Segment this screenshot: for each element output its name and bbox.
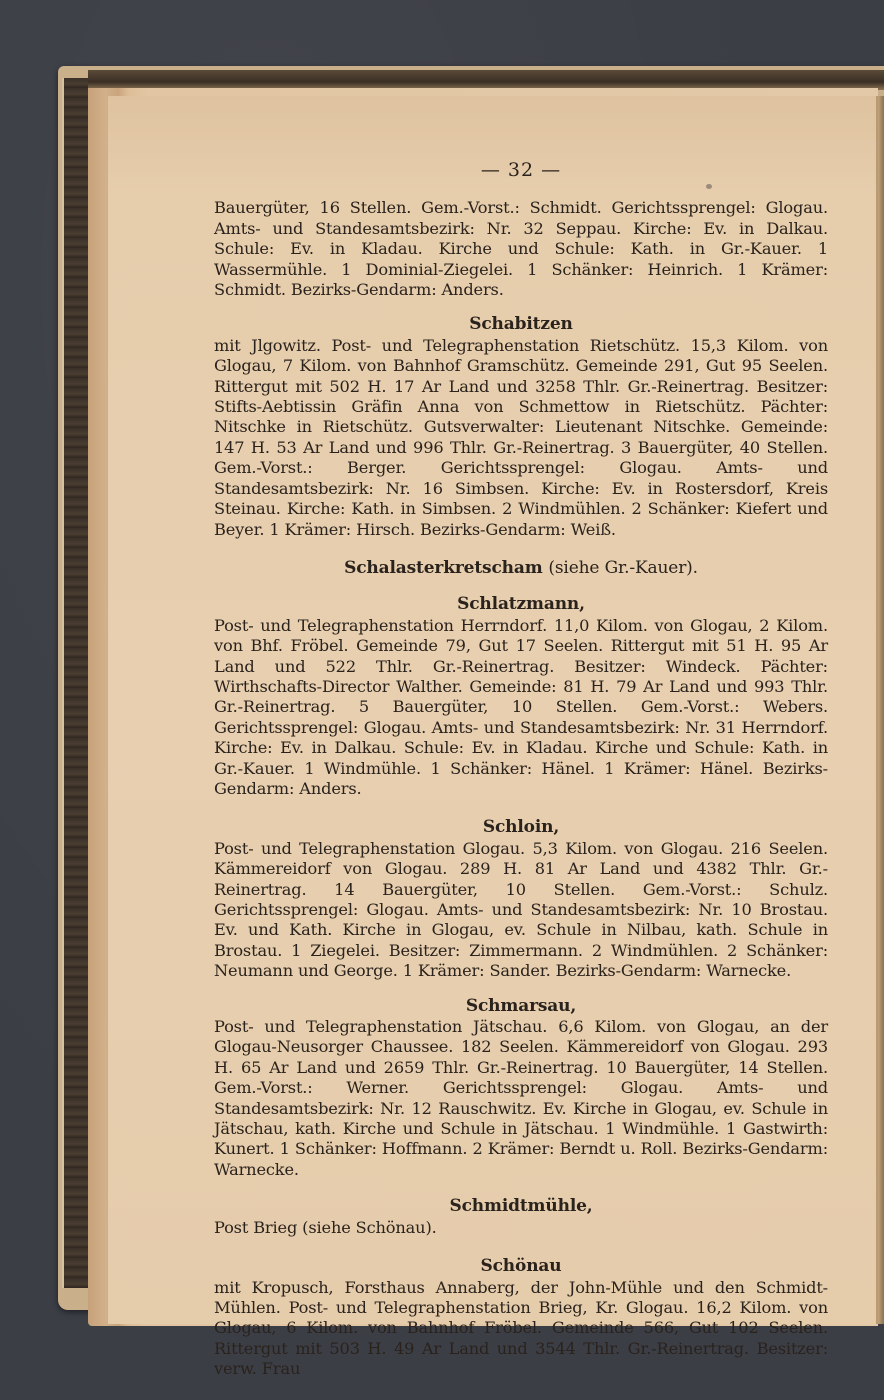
entry-title-schabitzen: Schabitzen <box>214 314 828 334</box>
entry-title-schloin: Schloin, <box>214 817 828 837</box>
entry-text-schabitzen: mit Jlgowitz. Post- und Telegraphenstati… <box>214 336 828 540</box>
book-spine <box>62 78 90 1288</box>
entry-title-text: Schalasterkretscham <box>344 558 543 578</box>
entry-cross-reference: (siehe Gr.-Kauer). <box>548 558 698 578</box>
entry-text-schoenau: mit Kropusch, Forsthaus Annaberg, der Jo… <box>214 1278 828 1380</box>
page-text-column: — 32 — Bauergüter, 16 Stellen. Gem.-Vors… <box>214 160 828 1380</box>
entry-title-schmarsau: Schmarsau, <box>214 996 828 1016</box>
entry-continuation-text: Bauergüter, 16 Stellen. Gem.-Vorst.: Sch… <box>214 198 828 300</box>
entry-title-schalasterkretscham: Schalasterkretscham (siehe Gr.-Kauer). <box>214 558 828 578</box>
entry-text-schmidtmuehle: Post Brieg (siehe Schönau). <box>214 1218 828 1238</box>
entry-title-schlatzmann: Schlatzmann, <box>214 594 828 614</box>
entry-text-schlatzmann: Post- und Telegraphenstation Herrndorf. … <box>214 616 828 800</box>
entry-text-schloin: Post- und Telegraphenstation Glogau. 5,3… <box>214 839 828 982</box>
entry-title-schmidtmuehle: Schmidtmühle, <box>214 1196 828 1216</box>
entry-text-schmarsau: Post- und Telegraphenstation Jätschau. 6… <box>214 1017 828 1180</box>
book-top-edge <box>88 70 884 90</box>
page-number: — 32 — <box>214 160 828 180</box>
entry-title-schoenau: Schönau <box>214 1256 828 1276</box>
